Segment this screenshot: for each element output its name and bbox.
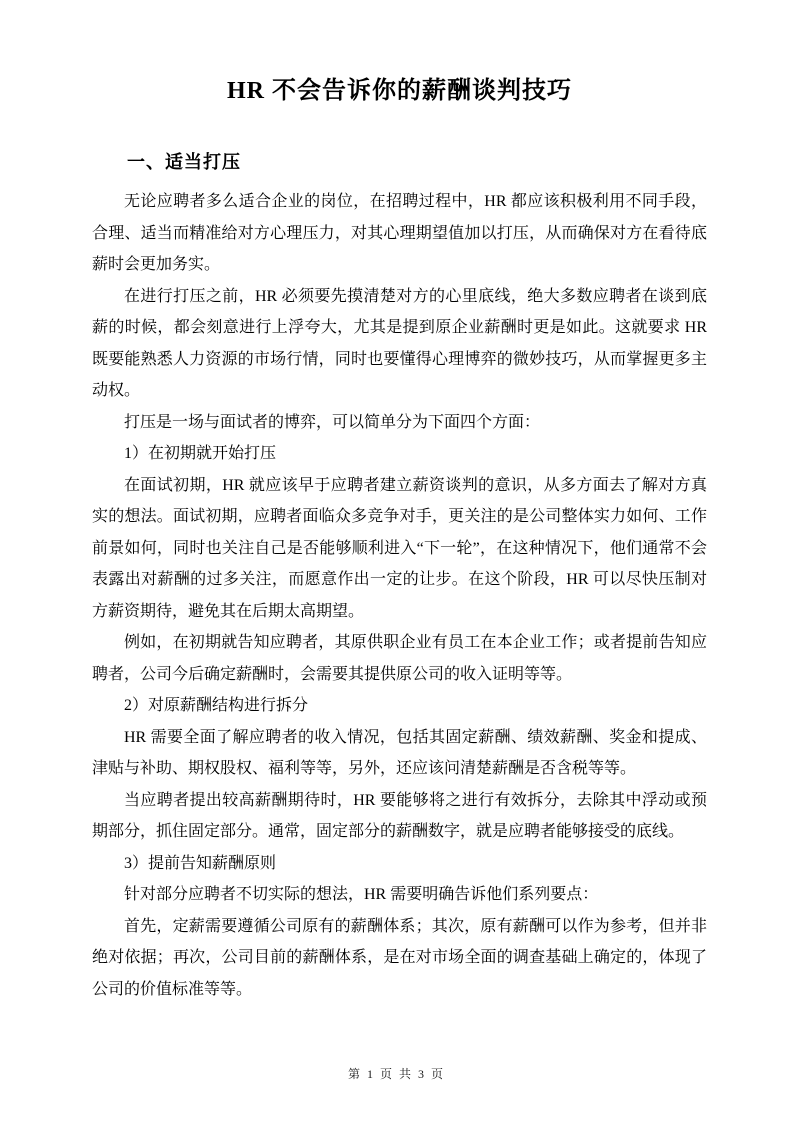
document-page: HR 不会告诉你的薪酬谈判技巧 一、适当打压 无论应聘者多么适合企业的岗位，在招… (0, 0, 793, 1122)
paragraph: 例如，在初期就告知应聘者，其原供职企业有员工在本企业工作；或者提前告知应聘者，公… (92, 627, 707, 690)
page-footer: 第 1 页 共 3 页 (0, 1065, 793, 1082)
document-title-text: HR 不会告诉你的薪酬谈判技巧 (227, 78, 572, 104)
section-heading: 一、适当打压 (92, 150, 707, 175)
paragraph: 首先，定薪需要遵循公司原有的薪酬体系；其次，原有薪酬可以作为参考，但并非绝对依据… (92, 911, 707, 1006)
numbered-point: 3）提前告知薪酬原则 (92, 848, 707, 880)
numbered-point: 1）在初期就开始打压 (92, 438, 707, 470)
paragraph: 在进行打压之前，HR 必须要先摸清楚对方的心里底线，绝大多数应聘者在谈到底薪的时… (92, 281, 707, 407)
paragraph: 在面试初期，HR 就应该早于应聘者建立薪资谈判的意识，从多方面去了解对方真实的想… (92, 470, 707, 628)
paragraph: 打压是一场与面试者的博弈，可以简单分为下面四个方面： (92, 407, 707, 439)
paragraph: 当应聘者提出较高薪酬期待时，HR 要能够将之进行有效拆分，去除其中浮动或预期部分… (92, 785, 707, 848)
numbered-point: 2）对原薪酬结构进行拆分 (92, 690, 707, 722)
document-body: 无论应聘者多么适合企业的岗位，在招聘过程中，HR 都应该积极利用不同手段，合理、… (92, 186, 707, 1005)
paragraph: HR 需要全面了解应聘者的收入情况，包括其固定薪酬、绩效薪酬、奖金和提成、津贴与… (92, 722, 707, 785)
paragraph: 针对部分应聘者不切实际的想法，HR 需要明确告诉他们系列要点： (92, 879, 707, 911)
paragraph: 无论应聘者多么适合企业的岗位，在招聘过程中，HR 都应该积极利用不同手段，合理、… (92, 186, 707, 281)
page-number-label: 第 1 页 共 3 页 (348, 1067, 445, 1081)
document-title: HR 不会告诉你的薪酬谈判技巧 (92, 74, 707, 108)
